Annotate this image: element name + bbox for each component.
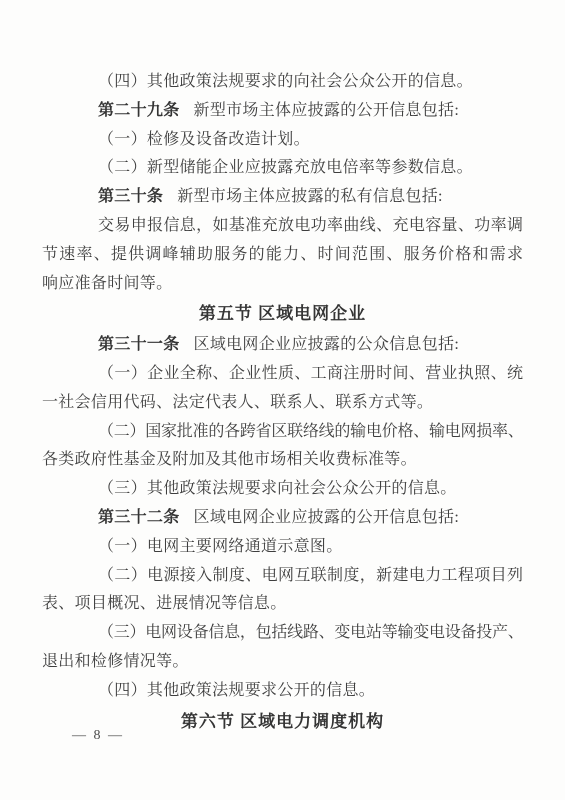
paragraph-line: 各类政府性基金及附加及其他市场相关收费标准等。 xyxy=(42,446,523,475)
document-page: （四）其他政策法规要求的向社会公众公开的信息。 第二十九条新型市场主体应披露的公… xyxy=(0,0,565,800)
paragraph-text: 区域电网企业应披露的公开信息包括: xyxy=(194,509,460,526)
article-number: 第二十九条 xyxy=(98,102,180,119)
paragraph-line: （三）电网设备信息，包括线路、变电站等输变电设备投产、 xyxy=(42,619,523,648)
paragraph-line: （三）其他政策法规要求向社会公众公开的信息。 xyxy=(42,475,523,504)
section-heading: 第五节 区域电网企业 xyxy=(42,300,523,329)
paragraph-line: 一社会信用代码、法定代表人、联系人、联系方式等。 xyxy=(42,389,523,418)
page-number: — 8 — xyxy=(72,728,124,744)
paragraph-line: （四）其他政策法规要求公开的信息。 xyxy=(42,677,523,706)
paragraph-line: 第三十一条区域电网企业应披露的公众信息包括: xyxy=(42,331,523,360)
paragraph-line: （二）国家批准的各跨省区联络线的输电价格、输电网损率、 xyxy=(42,418,523,447)
paragraph-line: （二）电源接入制度、电网互联制度，新建电力工程项目列 xyxy=(42,562,523,591)
paragraph-line: 第三十条新型市场主体应披露的私有信息包括: xyxy=(42,183,523,212)
article-number: 第三十条 xyxy=(98,188,163,205)
paragraph-text: 新型市场主体应披露的私有信息包括: xyxy=(177,188,443,205)
article-number: 第三十一条 xyxy=(98,336,180,353)
paragraph-line: （一）检修及设备改造计划。 xyxy=(42,126,523,155)
paragraph-line: 第二十九条新型市场主体应披露的公开信息包括: xyxy=(42,97,523,126)
paragraph-text: 新型市场主体应披露的公开信息包括: xyxy=(194,102,460,119)
paragraph-line: 交易申报信息，如基准充放电功率曲线、充电容量、功率调 xyxy=(42,212,523,241)
paragraph-line: （四）其他政策法规要求的向社会公众公开的信息。 xyxy=(42,68,523,97)
paragraph-line: 表、项目概况、进展情况等信息。 xyxy=(42,590,523,619)
paragraph-line: （一）企业全称、企业性质、工商注册时间、营业执照、统 xyxy=(42,360,523,389)
paragraph-line: 第三十二条区域电网企业应披露的公开信息包括: xyxy=(42,504,523,533)
paragraph-line: （二）新型储能企业应披露充放电倍率等参数信息。 xyxy=(42,154,523,183)
paragraph-line: 退出和检修情况等。 xyxy=(42,648,523,677)
paragraph-text: 区域电网企业应披露的公众信息包括: xyxy=(194,336,460,353)
article-number: 第三十二条 xyxy=(98,509,180,526)
paragraph-line: 响应准备时间等。 xyxy=(42,270,523,299)
document-content: （四）其他政策法规要求的向社会公众公开的信息。 第二十九条新型市场主体应披露的公… xyxy=(42,68,523,738)
paragraph-line: （一）电网主要网络通道示意图。 xyxy=(42,533,523,562)
paragraph-line: 节速率、提供调峰辅助服务的能力、时间范围、服务价格和需求 xyxy=(42,241,523,270)
